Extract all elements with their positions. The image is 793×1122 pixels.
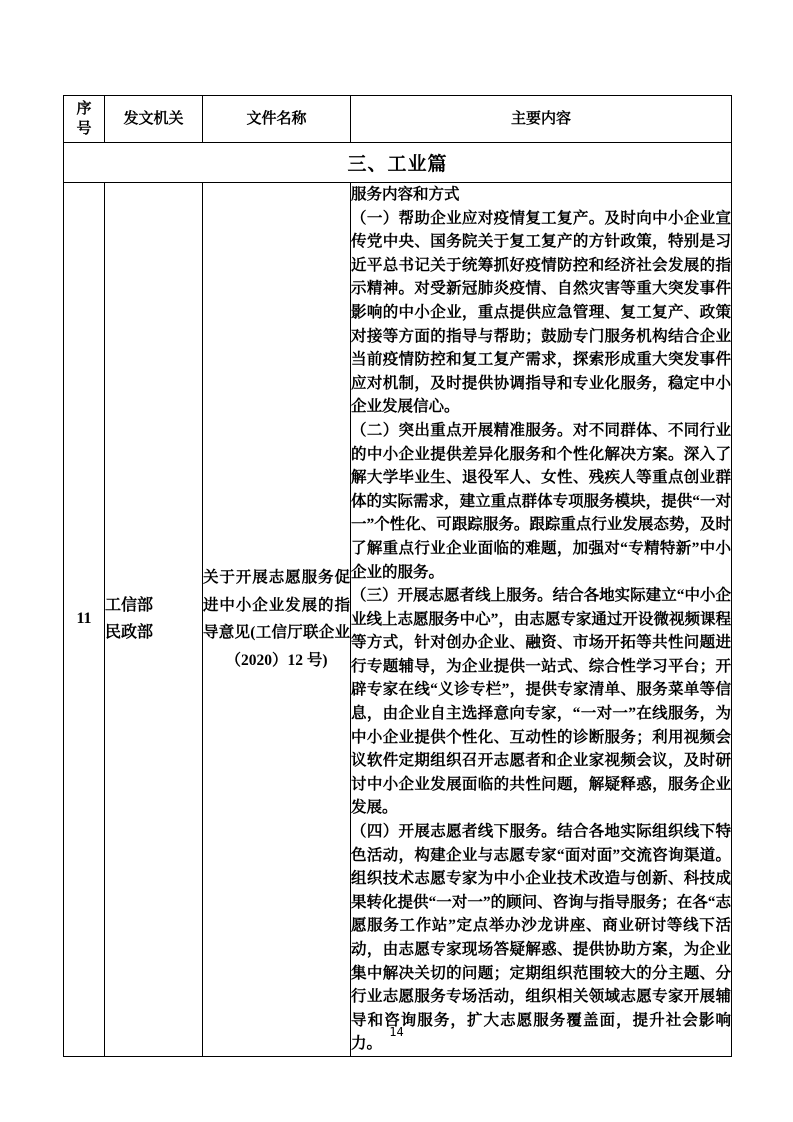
column-header-index: 序号: [64, 96, 105, 143]
cell-main-content: 服务内容和方式（一）帮助企业应对疫情复工复产。及时向中小企业宣传党中央、国务院关…: [351, 183, 732, 1057]
table-header-row: 序号 发文机关 文件名称 主要内容: [64, 96, 732, 143]
content-paragraph: （一）帮助企业应对疫情复工复产。及时向中小企业宣传党中央、国务院关于复工复产的方…: [351, 207, 731, 419]
policy-document-table: 序号 发文机关 文件名称 主要内容 三、工业篇 11 工信部民政部 关于开展志愿…: [63, 95, 732, 1057]
cell-document-title: 关于开展志愿服务促进中小企业发展的指导意见(工信厅联企业（2020）12 号): [203, 183, 351, 1057]
page-number: 14: [0, 1025, 793, 1039]
agency-line: 民政部: [105, 619, 202, 646]
content-paragraph: 服务内容和方式: [351, 183, 731, 207]
section-title: 三、工业篇: [64, 143, 732, 183]
section-row: 三、工业篇: [64, 143, 732, 183]
cell-issuing-agency: 工信部民政部: [105, 183, 203, 1057]
column-header-doc-name: 文件名称: [203, 96, 351, 143]
table-row: 11 工信部民政部 关于开展志愿服务促进中小企业发展的指导意见(工信厅联企业（2…: [64, 183, 732, 1057]
content-paragraph: （四）开展志愿者线下服务。结合各地实际组织线下特色活动，构建企业与志愿专家“面对…: [351, 820, 731, 1056]
content-paragraph: （二）突出重点开展精准服务。对不同群体、不同行业的中小企业提供差异化服务和个性化…: [351, 419, 731, 584]
document-page: 序号 发文机关 文件名称 主要内容 三、工业篇 11 工信部民政部 关于开展志愿…: [0, 0, 793, 1122]
cell-serial-number: 11: [64, 183, 105, 1057]
agency-line: 工信部: [105, 592, 202, 619]
content-paragraph: （三）开展志愿者线上服务。结合各地实际建立“中小企业线上志愿服务中心”，由志愿专…: [351, 584, 731, 820]
column-header-agency: 发文机关: [105, 96, 203, 143]
column-header-main-content: 主要内容: [351, 96, 732, 143]
